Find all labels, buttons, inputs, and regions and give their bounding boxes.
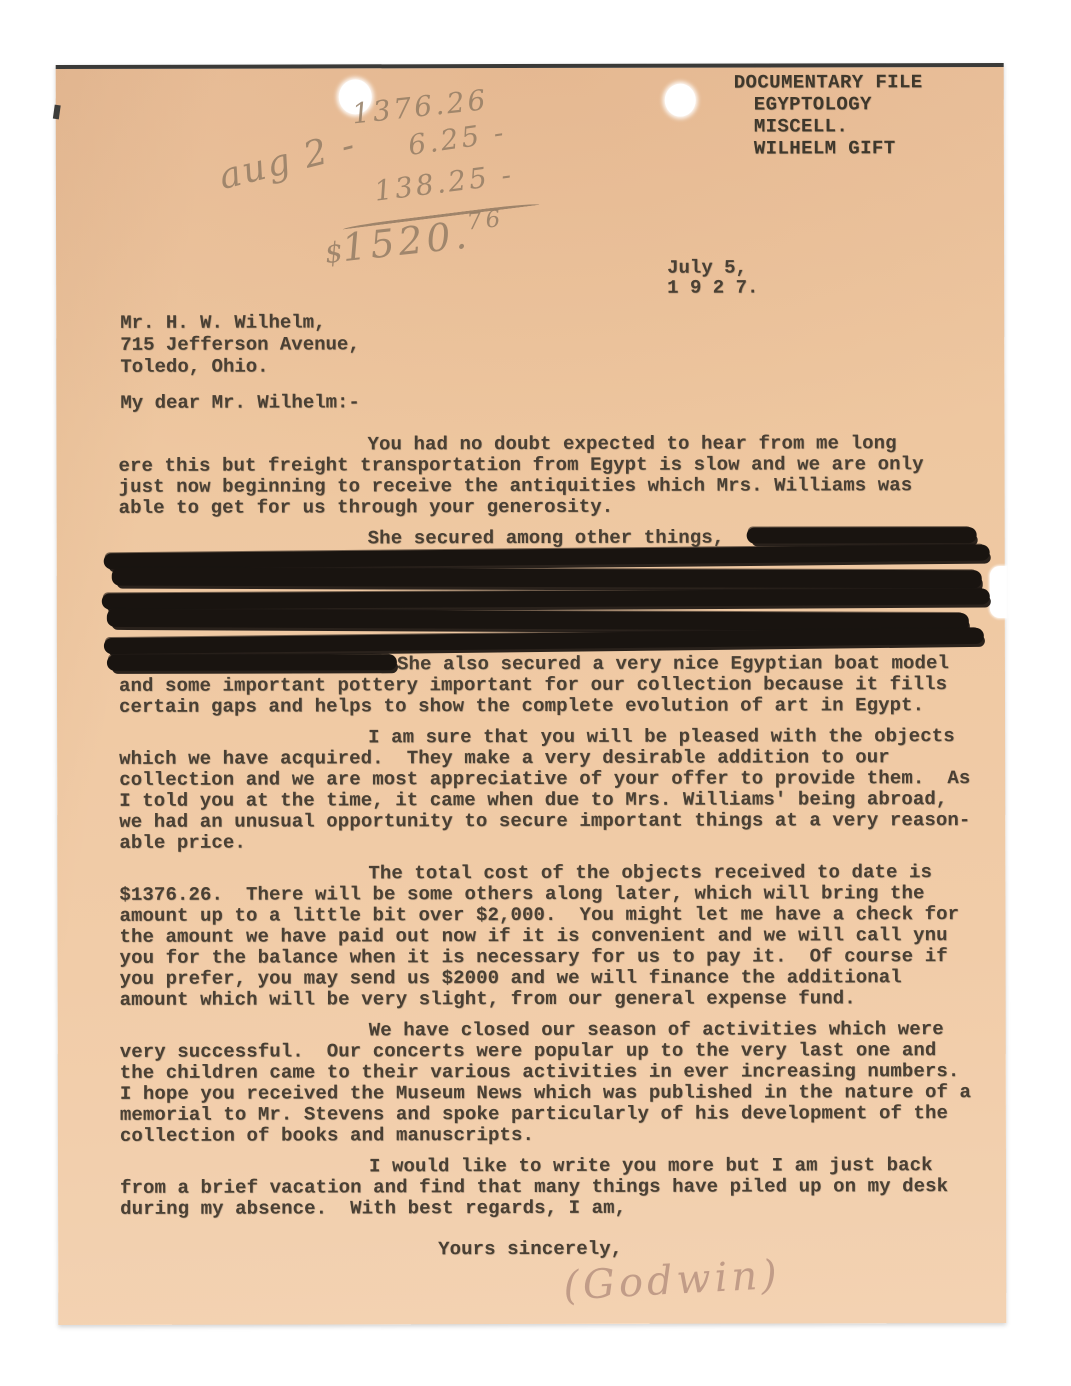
date-line-1: July 5, [667,258,758,278]
text-run: you prefer, you may send us $2000 and we… [120,966,902,990]
letter-date: July 5, 1 9 2 7. [667,258,758,298]
paragraph: I would like to write you more but I am … [120,1155,1000,1220]
pencil-amount-3: 138.25 - [372,158,515,208]
file-stamp-line: DOCUMENTARY FILE [734,71,923,93]
redaction-bar [102,588,990,609]
pencil-total: $1520.76 [322,209,510,272]
text-run: I am sure that you will be pleased with … [368,725,955,748]
letter-line: you prefer, you may send us $2000 and we… [120,967,1000,990]
redaction-bar [112,568,982,589]
recipient-line: Toledo, Ohio. [120,355,359,378]
redaction-bar [107,654,397,671]
punch-hole-right [665,84,696,117]
text-run: from a brief vacation and find that many… [120,1175,948,1199]
text-run: very successful. Our concerts were popul… [120,1039,937,1063]
redaction-bar [746,527,976,543]
text-run: collection of books and manuscripts. [120,1124,534,1147]
paragraph: She secured among other things,She also … [119,527,999,718]
file-stamp: DOCUMENTARY FILEEGYPTOLOGYMISCELL.WILHEL… [734,71,923,159]
text-run: just now beginning to receive the antiqu… [119,474,913,498]
letter-line: memorial to Mr. Stevens and spoke partic… [120,1103,1000,1126]
text-run: memorial to Mr. Stevens and spoke partic… [120,1102,948,1126]
text-run: I would like to write you more but I am … [369,1154,933,1177]
letter-page: DOCUMENTARY FILEEGYPTOLOGYMISCELL.WILHEL… [56,63,1007,1325]
date-line-2: 1 9 2 7. [667,278,758,298]
letter-line: amount which will be very slight, from o… [120,988,1000,1011]
file-stamp-line: MISCELL. [734,115,923,137]
recipient-line: Mr. H. W. Wilhelm, [120,311,359,334]
recipient-address: Mr. H. W. Wilhelm,715 Jefferson Avenue,T… [120,311,360,378]
text-run: I told you at the time, it came when due… [119,788,947,812]
text-run: She secured among other things, [368,527,725,550]
edge-mark [53,105,61,120]
letter-line: just now beginning to receive the antiqu… [119,475,999,498]
redaction-bar [107,609,969,631]
file-stamp-line: EGYPTOLOGY [734,93,923,115]
file-stamp-line: WILHELM GIFT [734,137,923,159]
letter-body: You had no doubt expected to hear from m… [118,433,1000,1261]
text-run: the amount we have paid out now if it is… [119,924,947,948]
text-run: $1376.26. There will be some others alon… [119,882,924,906]
text-run: during my absence. With best regards, I … [120,1197,626,1220]
text-run: which we have acquired. They make a very… [119,746,890,770]
paragraph: We have closed our season of activities … [120,1019,1000,1147]
text-run: you for the balance when it is necessary… [120,945,948,969]
pencil-total-cents: 76 [466,206,506,236]
paragraph: You had no doubt expected to hear from m… [118,433,998,519]
paragraph: The total cost of the objects received t… [119,862,999,1011]
pencil-date-note: aug 2 - [215,124,360,198]
signature-handwritten: (Godwin) [562,1252,782,1310]
text-run: and some important pottery important for… [119,673,947,697]
letter-paragraphs: You had no doubt expected to hear from m… [118,433,1000,1220]
text-run: collection and we are most appreciative … [119,767,970,791]
text-run: certain gaps and helps to show the compl… [119,694,924,718]
salutation: My dear Mr. Wilhelm:- [120,391,359,414]
letter-line: we had an unusual opportunity to secure … [119,810,999,833]
recipient-line: 715 Jefferson Avenue, [120,333,359,356]
text-run: ere this but freight transportation from… [118,453,923,477]
text-run: The total cost of the objects received t… [368,861,932,884]
letter-line: from a brief vacation and find that many… [120,1176,1000,1199]
letter-line: certain gaps and helps to show the compl… [119,695,999,718]
text-run: She also secured a very nice Egyptian bo… [397,652,949,675]
text-run: I hope you received the Museum News whic… [120,1081,971,1105]
text-run: We have closed our season of activities … [369,1018,944,1041]
text-run: we had an unusual opportunity to secure … [119,809,970,833]
letter-line: able to get for us through your generosi… [119,496,999,519]
closing-line: Yours sincerely, [120,1238,1000,1261]
letter-line: able price. [119,831,999,854]
pencil-total-main: 1520. [340,213,473,270]
text-run: amount up to a little bit over $2,000. Y… [119,903,959,927]
text-run: You had no doubt expected to hear from m… [367,432,896,455]
text-run: the children came to their various activ… [120,1060,960,1084]
letter-line: during my absence. With best regards, I … [120,1197,1000,1220]
letter-line: collection of books and manuscripts. [120,1124,1000,1147]
paragraph: I am sure that you will be pleased with … [119,726,999,854]
text-run: able price. [119,832,246,854]
text-run: amount which will be very slight, from o… [120,987,856,1011]
text-run: able to get for us through your generosi… [119,496,614,519]
